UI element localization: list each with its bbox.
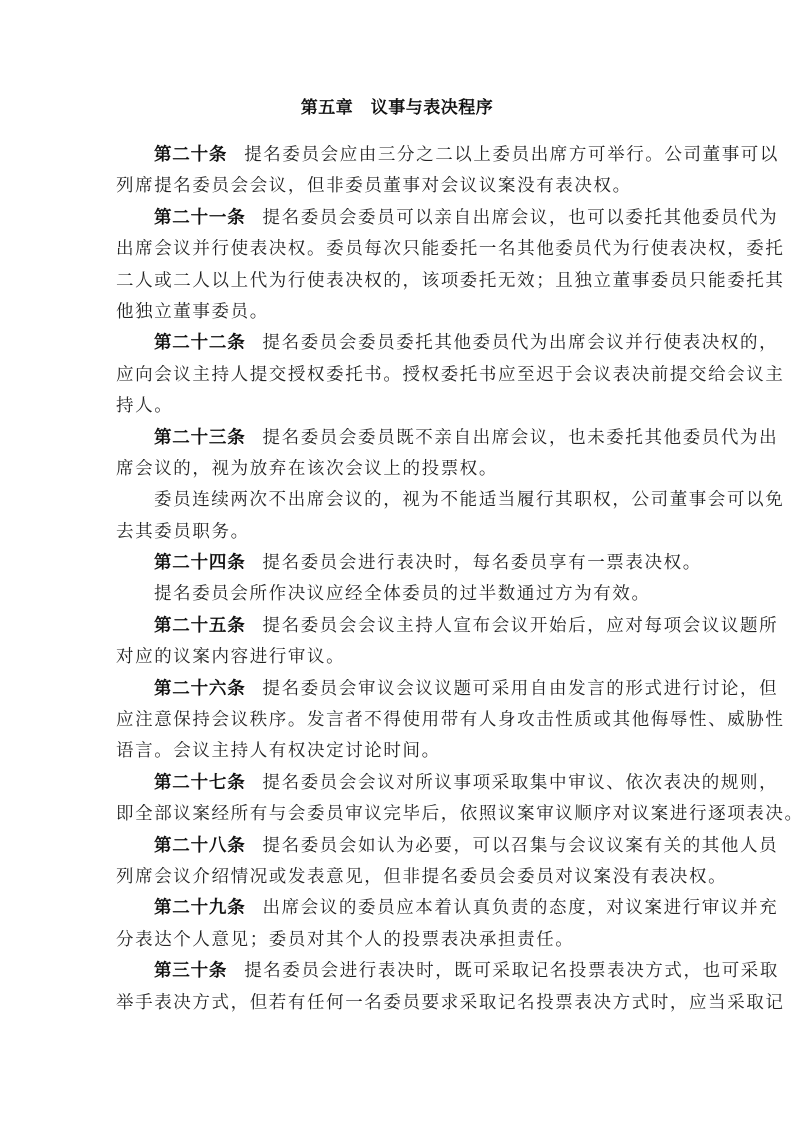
line-text: 提名委员会应由三分之二以上委员出席方可举行。公司董事可以 <box>244 145 779 165</box>
paragraph-line: 应向会议主持人提交授权委托书。授权委托书应至迟于会议表决前提交给会议主 <box>116 360 676 391</box>
line-text: 即全部议案经所有与会委员审议完毕后，依照议案审议顺序对议案进行逐项表决。 <box>116 804 794 824</box>
article-number: 第三十条 <box>154 961 227 981</box>
line-text: 提名委员会委员委托其他委员代为出席会议并行使表决权的， <box>263 333 779 353</box>
paragraph-line: 应注意保持会议秩序。发言者不得使用带有人身攻击性质或其他侮辱性、威胁性 <box>116 705 676 736</box>
article-number: 第二十八条 <box>154 836 246 856</box>
line-text: 他独立董事委员。 <box>116 302 269 322</box>
line-text: 出席会议并行使表决权。委员每次只能委托一名其他委员代为行使表决权，委托 <box>116 239 785 259</box>
paragraph-line: 他独立董事委员。 <box>116 297 676 328</box>
line-text: 出席会议的委员应本着认真负责的态度，对议案进行审议并充 <box>263 898 779 918</box>
line-text: 分表达个人意见；委员对其个人的投票表决承担责任。 <box>116 930 574 950</box>
line-text: 提名委员会委员既不亲自出席会议，也未委托其他委员代为出 <box>263 428 779 448</box>
paragraph-line: 委员连续两次不出席会议的，视为不能适当履行其职权，公司董事会可以免 <box>116 485 676 516</box>
paragraph-line: 去其委员职务。 <box>116 517 676 548</box>
line-text: 列席会议介绍情况或发表意见，但非提名委员会委员对议案没有表决权。 <box>116 867 727 887</box>
line-text: 应向会议主持人提交授权委托书。授权委托书应至迟于会议表决前提交给会议主 <box>116 365 785 385</box>
paragraph-line: 第二十六条提名委员会审议会议议题可采用自由发言的形式进行讨论，但 <box>116 674 676 705</box>
line-text: 提名委员会进行表决时，既可采取记名投票表决方式，也可采取 <box>244 961 779 981</box>
paragraph-line: 第二十条提名委员会应由三分之二以上委员出席方可举行。公司董事可以 <box>116 140 676 171</box>
article-number: 第二十四条 <box>154 553 246 573</box>
paragraph-line: 第二十五条提名委员会会议主持人宣布会议开始后，应对每项会议议题所 <box>116 611 676 642</box>
paragraph-line: 对应的议案内容进行审议。 <box>116 642 676 673</box>
line-text: 应注意保持会议秩序。发言者不得使用带有人身攻击性质或其他侮辱性、威胁性 <box>116 710 785 730</box>
article-number: 第二十三条 <box>154 428 246 448</box>
line-text: 提名委员会审议会议议题可采用自由发言的形式进行讨论，但 <box>263 679 779 699</box>
line-text: 举手表决方式，但若有任何一名委员要求采取记名投票表决方式时，应当采取记 <box>116 993 785 1013</box>
line-text: 列席提名委员会会议，但非委员董事对会议议案没有表决权。 <box>116 176 632 196</box>
article-number: 第二十条 <box>154 145 227 165</box>
document-page: 第五章 议事与表决程序 第二十条提名委员会应由三分之二以上委员出席方可举行。公司… <box>0 0 794 1122</box>
paragraph-line: 即全部议案经所有与会委员审议完毕后，依照议案审议顺序对议案进行逐项表决。 <box>116 799 676 830</box>
paragraph-line: 第二十九条出席会议的委员应本着认真负责的态度，对议案进行审议并充 <box>116 893 676 924</box>
paragraph-line: 第二十四条提名委员会进行表决时，每名委员享有一票表决权。 <box>116 548 676 579</box>
article-number: 第二十五条 <box>154 616 246 636</box>
line-text: 提名委员会会议主持人宣布会议开始后，应对每项会议议题所 <box>263 616 779 636</box>
paragraph-line: 列席提名委员会会议，但非委员董事对会议议案没有表决权。 <box>116 171 676 202</box>
article-number: 第二十一条 <box>154 208 246 228</box>
line-text: 提名委员会会议对所议事项采取集中审议、依次表决的规则， <box>263 773 779 793</box>
line-text: 去其委员职务。 <box>116 522 250 542</box>
line-text: 对应的议案内容进行审议。 <box>116 647 345 667</box>
paragraph-line: 第二十三条提名委员会委员既不亲自出席会议，也未委托其他委员代为出 <box>116 423 676 454</box>
document-body: 第二十条提名委员会应由三分之二以上委员出席方可举行。公司董事可以 列席提名委员会… <box>116 140 676 1019</box>
line-text: 提名委员会委员可以亲自出席会议，也可以委托其他委员代为 <box>263 208 779 228</box>
paragraph-line: 第二十二条提名委员会委员委托其他委员代为出席会议并行使表决权的， <box>116 328 676 359</box>
line-text: 持人。 <box>116 396 173 416</box>
paragraph-line: 列席会议介绍情况或发表意见，但非提名委员会委员对议案没有表决权。 <box>116 862 676 893</box>
paragraph-line: 第三十条提名委员会进行表决时，既可采取记名投票表决方式，也可采取 <box>116 956 676 987</box>
line-text: 提名委员会所作决议应经全体委员的过半数通过方为有效。 <box>154 584 651 604</box>
article-number: 第二十二条 <box>154 333 246 353</box>
paragraph-line: 席会议的，视为放弃在该次会议上的投票权。 <box>116 454 676 485</box>
chapter-title: 第五章 议事与表决程序 <box>0 97 794 119</box>
paragraph-line: 分表达个人意见；委员对其个人的投票表决承担责任。 <box>116 925 676 956</box>
paragraph-line: 提名委员会所作决议应经全体委员的过半数通过方为有效。 <box>116 579 676 610</box>
line-text: 提名委员会如认为必要，可以召集与会议议案有关的其他人员 <box>263 836 779 856</box>
article-number: 第二十九条 <box>154 898 246 918</box>
line-text: 二人或二人以上代为行使表决权的，该项委托无效；且独立董事委员只能委托其 <box>116 271 785 291</box>
paragraph-line: 出席会议并行使表决权。委员每次只能委托一名其他委员代为行使表决权，委托 <box>116 234 676 265</box>
paragraph-line: 第二十一条提名委员会委员可以亲自出席会议，也可以委托其他委员代为 <box>116 203 676 234</box>
article-number: 第二十六条 <box>154 679 246 699</box>
paragraph-line: 第二十八条提名委员会如认为必要，可以召集与会议议案有关的其他人员 <box>116 831 676 862</box>
paragraph-line: 语言。会议主持人有权决定讨论时间。 <box>116 736 676 767</box>
article-number: 第二十七条 <box>154 773 246 793</box>
line-text: 席会议的，视为放弃在该次会议上的投票权。 <box>116 459 498 479</box>
line-text: 委员连续两次不出席会议的，视为不能适当履行其职权，公司董事会可以免 <box>154 490 784 510</box>
paragraph-line: 二人或二人以上代为行使表决权的，该项委托无效；且独立董事委员只能委托其 <box>116 266 676 297</box>
paragraph-line: 持人。 <box>116 391 676 422</box>
line-text: 提名委员会进行表决时，每名委员享有一票表决权。 <box>263 553 702 573</box>
paragraph-line: 第二十七条提名委员会会议对所议事项采取集中审议、依次表决的规则， <box>116 768 676 799</box>
paragraph-line: 举手表决方式，但若有任何一名委员要求采取记名投票表决方式时，应当采取记 <box>116 988 676 1019</box>
line-text: 语言。会议主持人有权决定讨论时间。 <box>116 741 441 761</box>
